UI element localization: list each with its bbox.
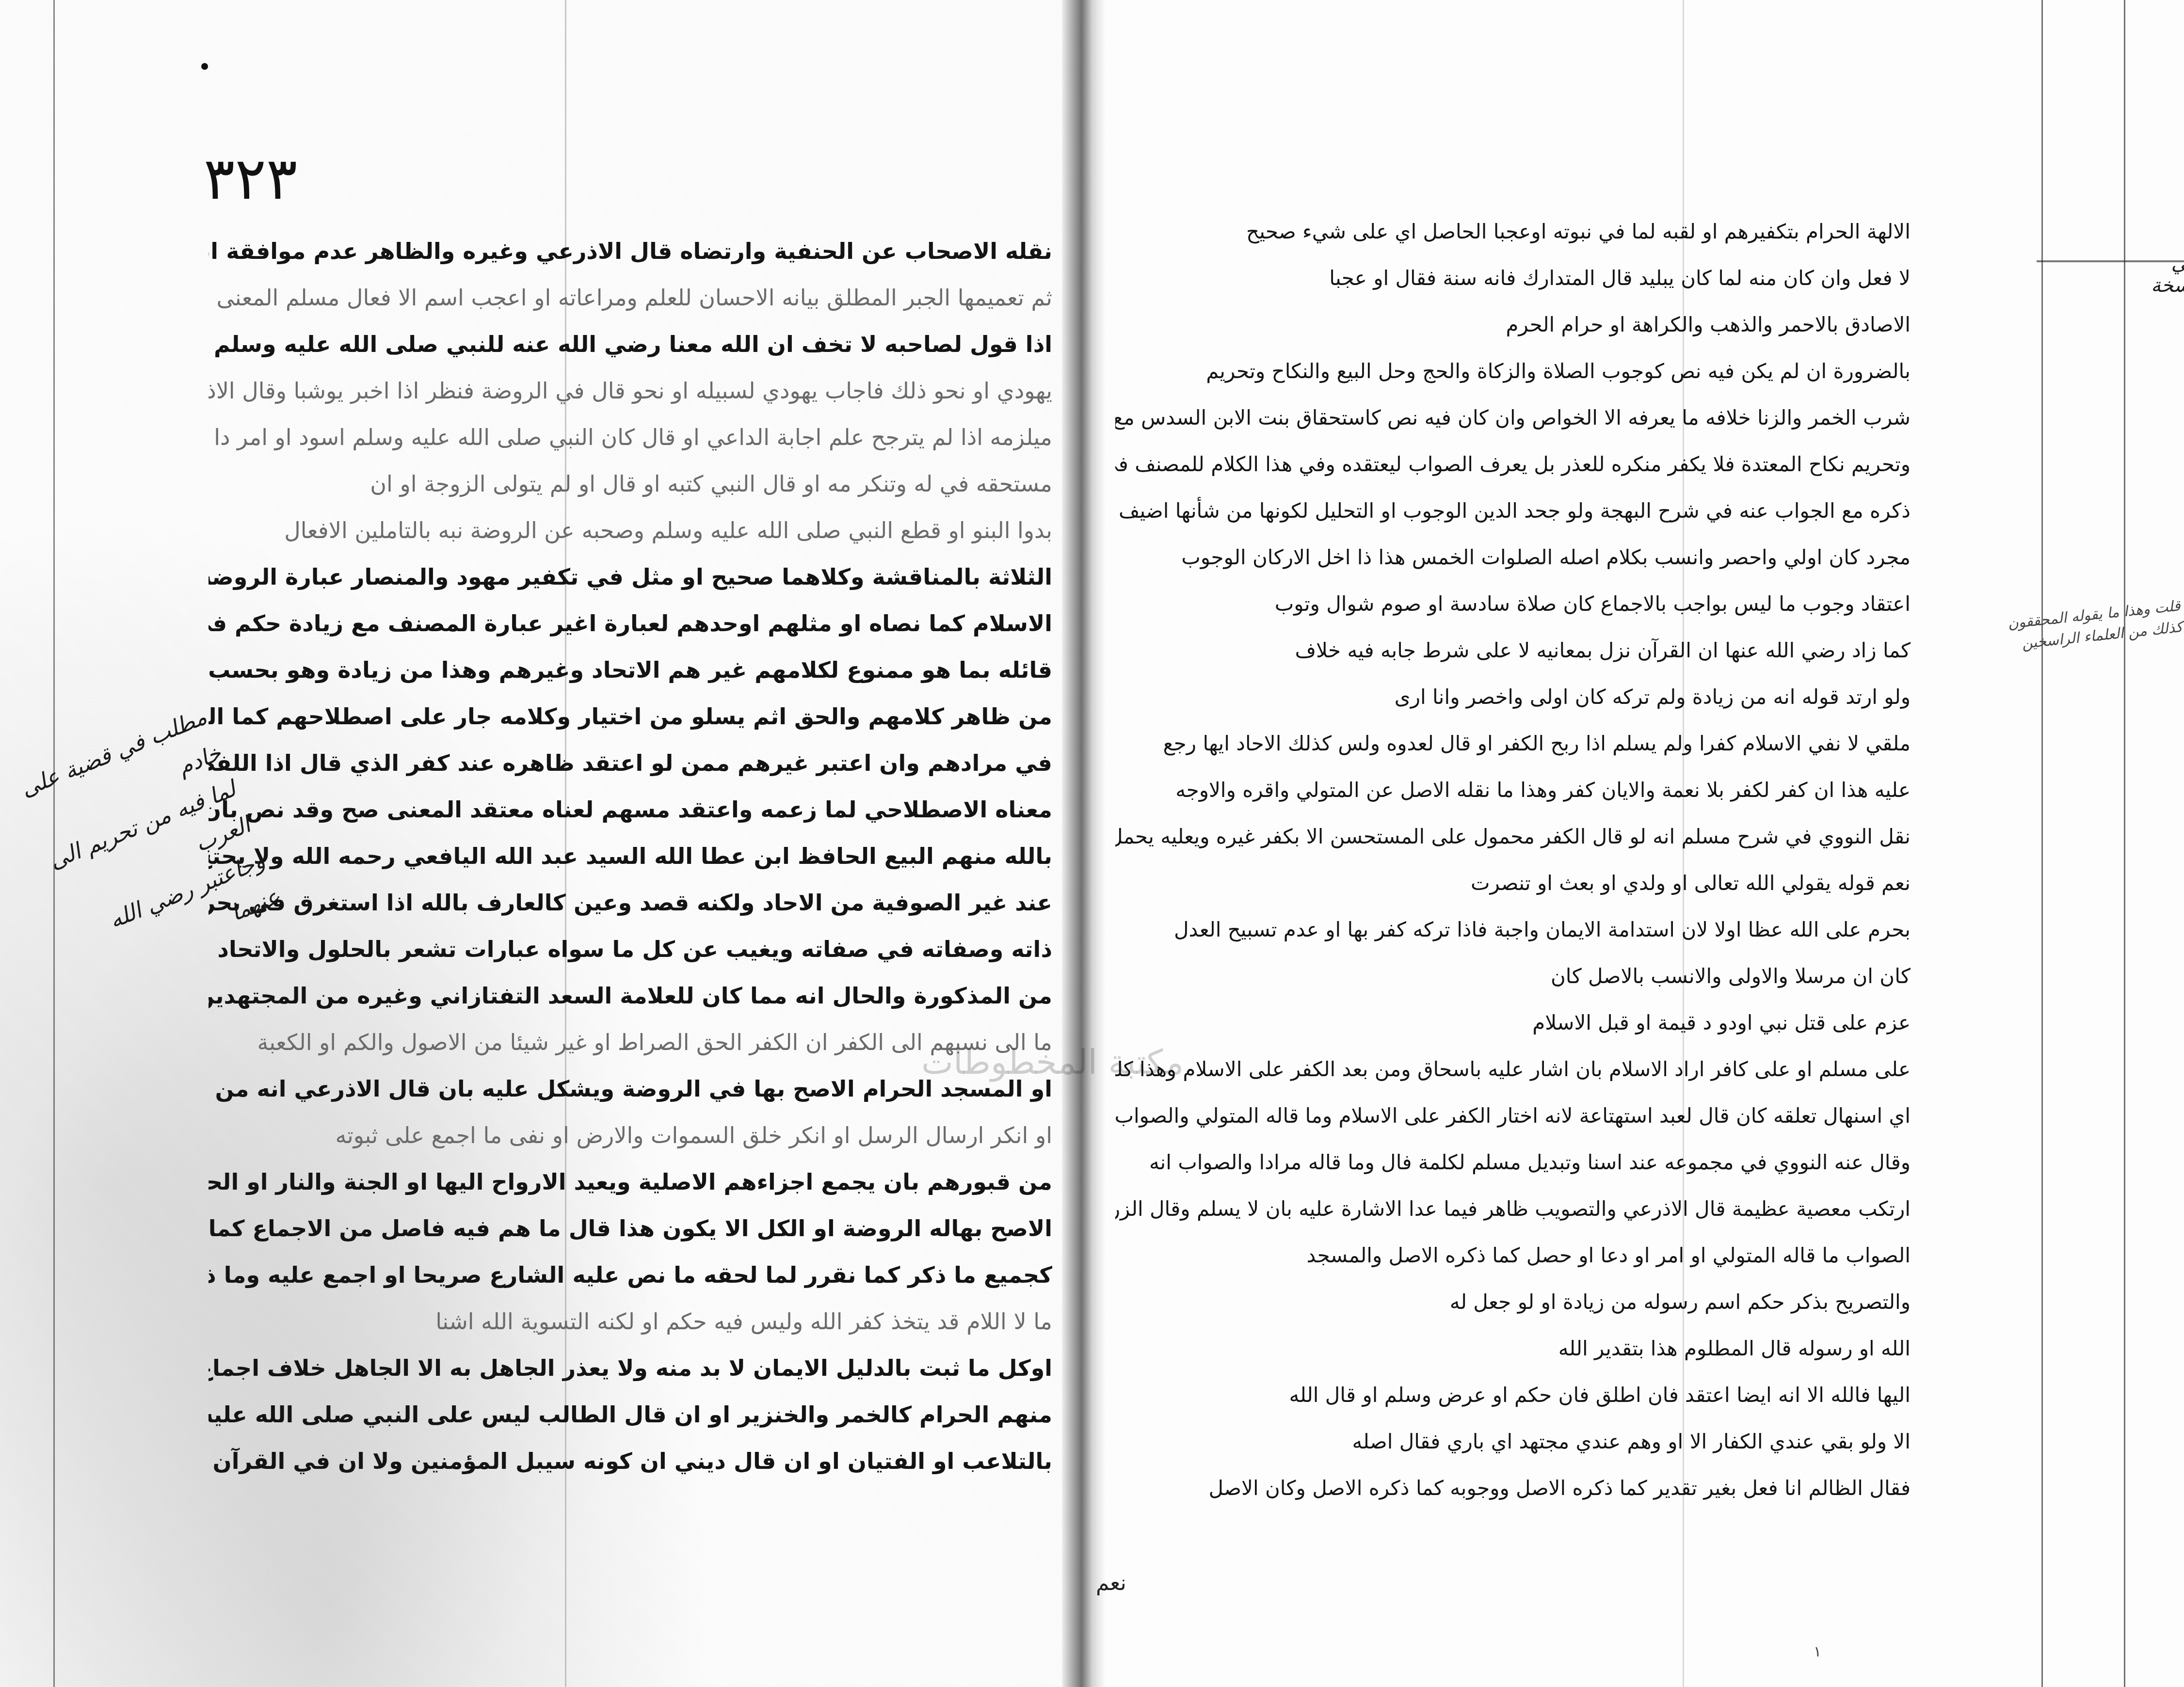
text-line: كجميع ما ذكر كما نقرر لما لحقه ما نص علي… — [209, 1252, 1052, 1298]
text-line: او انكر ارسال الرسل او انكر خلق السموات … — [209, 1112, 1052, 1159]
text-line: بالتلاعب او الفتيان او ان قال ديني ان كو… — [209, 1438, 1052, 1484]
text-line: ارتكب معصية عظيمة قال الاذرعي والتصويب ظ… — [1115, 1186, 1911, 1232]
text-line: ما لا اللام قد يتخذ كفر الله وليس فيه حك… — [209, 1298, 1052, 1345]
text-line: بدوا البنو او قطع النبي صلى الله عليه وس… — [209, 507, 1052, 554]
text-line: وقال عنه النووي في مجموعه عند اسنا وتبدي… — [1115, 1139, 1911, 1186]
text-line: ولو ارتد قوله انه من زيادة ولم تركه كان … — [1115, 674, 1911, 720]
text-line: والتصريح بذكر حكم اسم رسوله من زيادة او … — [1115, 1279, 1911, 1325]
text-line: من قبورهم بان يجمع اجزاءهم الاصلية ويعيد… — [209, 1159, 1052, 1205]
text-line: الالهة الحرام بتكفيرهم او لقبه لما في نب… — [1115, 208, 1911, 255]
text-line: شرب الخمر والزنا خلافه ما يعرفه الا الخو… — [1115, 395, 1911, 441]
text-line: الله او رسوله قال المطلوم هذا بتقدير الل… — [1115, 1325, 1911, 1372]
margin-rule — [2041, 0, 2043, 1687]
text-line: ميلزمه اذا لم يترجح علم اجابة الداعي او … — [209, 414, 1052, 461]
text-line: اذا قول لصاحبه لا تخف ان الله معنا رضي ا… — [209, 321, 1052, 367]
text-line: الا ولو بقي عندي الكفار الا او وهم عندي … — [1115, 1418, 1911, 1465]
text-line: الصواب ما قاله المتولي او امر او دعا او … — [1115, 1232, 1911, 1279]
text-line: الاصادق بالاحمر والذهب والكراهة او حرام … — [1115, 302, 1911, 348]
text-line: اعتقاد وجوب ما ليس بواجب بالاجماع كان صل… — [1115, 581, 1911, 627]
text-line: ثم تعميمها الجبر المطلق بيانه الاحسان لل… — [209, 274, 1052, 321]
library-watermark: مكتبة المخطوطات — [921, 1042, 1184, 1082]
text-line: عند غير الصوفية من الاحاد ولكنه قصد وعين… — [209, 879, 1052, 926]
text-line: من المذكورة والحال انه مما كان للعلامة ا… — [209, 972, 1052, 1019]
right-margin-note: قلت وهذا ما يقوله المحققون كذلك من العلم… — [1977, 595, 2184, 659]
text-line: عزم على قتل نبي اودو د قيمة او قبل الاسل… — [1115, 1000, 1911, 1046]
text-line: في مرادهم وان اعتبر غيرهم ممن لو اعتقد ظ… — [209, 740, 1052, 786]
manuscript-spread: ٣٢٣ نقله الاصحاب عن الحنفية وارتضاه قال … — [0, 0, 2184, 1687]
text-line: قائله بما هو ممنوع لكلامهم غير هم الاتحا… — [209, 647, 1052, 693]
bottom-page-mark: ١ — [1814, 1643, 1821, 1660]
text-line: الثلاثة بالمناقشة وكلاهما صحيح او مثل في… — [209, 554, 1052, 600]
text-line: ذاته وصفاته في صفاته ويغيب عن كل ما سواه… — [209, 926, 1052, 972]
text-line: بالله منهم البيع الحافظ ابن عطا الله الس… — [209, 833, 1052, 879]
text-line: مستحقه في له وتنكر مه او قال النبي كتبه … — [209, 461, 1052, 507]
text-line: منهم الحرام كالخمر والخنزير او ان قال ال… — [209, 1391, 1052, 1438]
text-line: ذكره مع الجواب عنه في شرح البهجة ولو جحد… — [1115, 488, 1911, 534]
page-number: ٣٢٣ — [204, 145, 297, 213]
text-line: فقال الظالم انا فعل بغير تقدير كما ذكره … — [1115, 1465, 1911, 1512]
text-line: على مسلم او على كافر اراد الاسلام بان اش… — [1115, 1046, 1911, 1093]
text-line: عليه هذا ان كفر لكفر بلا نعمة والايان كف… — [1115, 767, 1911, 813]
catchword: نعم — [1096, 1571, 1126, 1595]
text-line: يهودي او نحو ذلك فاجاب يهودي لسبيله او ن… — [209, 367, 1052, 414]
text-line: معناه الاصطلاحي لما زعمه واعتقد مسهم لعن… — [209, 786, 1052, 833]
right-page-text: الالهة الحرام بتكفيرهم او لقبه لما في نب… — [1115, 208, 1911, 1488]
right-margin-top-note: في نسخة — [2124, 252, 2184, 297]
ink-dot — [201, 63, 208, 70]
text-line: كان ان مرسلا والاولى والانسب بالاصل كان — [1115, 953, 1911, 1000]
left-page-text: نقله الاصحاب عن الحنفية وارتضاه قال الاذ… — [209, 228, 1052, 1469]
text-line: ملقي لا نفي الاسلام كفرا ولم يسلم اذا رب… — [1115, 720, 1911, 767]
text-line: بالضرورة ان لم يكن فيه نص كوجوب الصلاة و… — [1115, 348, 1911, 395]
text-line: اليها فالله الا انه ايضا اعتقد فان اطلق … — [1115, 1372, 1911, 1418]
text-line: نقله الاصحاب عن الحنفية وارتضاه قال الاذ… — [209, 228, 1052, 274]
text-line: مجرد كان اولي واحصر وانسب بكلام اصله الص… — [1115, 534, 1911, 581]
text-line: بحرم على الله عظا اولا لان استدامة الايم… — [1115, 907, 1911, 953]
text-line: نعم قوله يقولي الله تعالى او ولدي او بعث… — [1115, 860, 1911, 907]
text-line: اوكل ما ثبت بالدليل الايمان لا بد منه ول… — [209, 1345, 1052, 1391]
text-line: الاصح بهاله الروضة او الكل الا يكون هذا … — [209, 1205, 1052, 1252]
text-line: من ظاهر كلامهم والحق اثم يسلو من اختيار … — [209, 693, 1052, 740]
book-gutter — [1062, 0, 1106, 1687]
text-line: كما زاد رضي الله عنها ان القرآن نزل بمعا… — [1115, 627, 1911, 674]
text-line: نقل النووي في شرح مسلم انه لو قال الكفر … — [1115, 813, 1911, 860]
text-line: لا فعل وان كان منه لما كان يبليد قال الم… — [1115, 255, 1911, 302]
text-line: اي اسنهال تعلقه كان قال لعبد استهتاعة لا… — [1115, 1093, 1911, 1139]
text-line: وتحريم نكاح المعتدة فلا يكفر منكره للعذر… — [1115, 441, 1911, 488]
text-line: الاسلام كما نصاه او مثلهم اوحدهم لعبارة … — [209, 600, 1052, 647]
